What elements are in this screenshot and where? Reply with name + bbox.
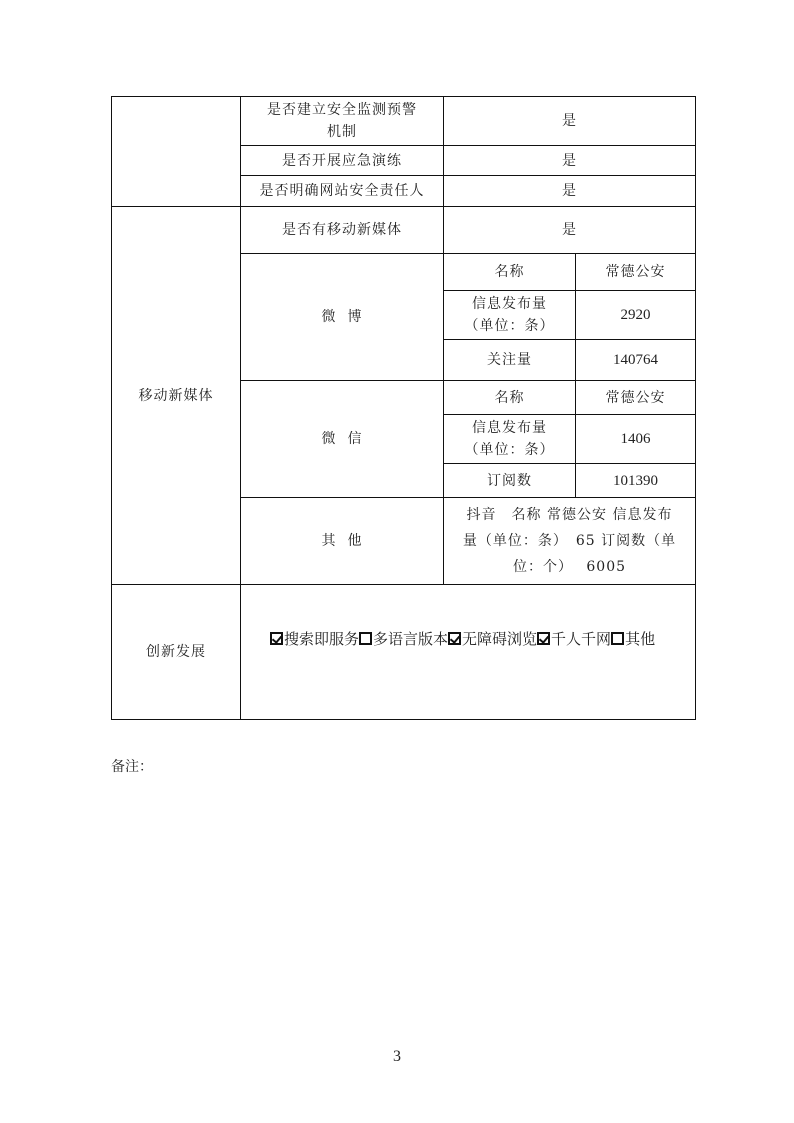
option-multilingual[interactable]: 多语言版本 xyxy=(359,628,448,649)
page-number: 3 xyxy=(0,1048,794,1066)
emergency-drill-label: 是否开展应急演练 xyxy=(241,146,443,175)
weibo-followers-value: 140764 xyxy=(576,340,695,380)
weibo-label: 微 博 xyxy=(241,254,443,380)
innovation-label: 创新发展 xyxy=(112,585,240,719)
checkbox-checked-icon[interactable] xyxy=(448,632,461,645)
wechat-subscribers-value: 101390 xyxy=(576,464,695,497)
weibo-posts-value: 2920 xyxy=(576,291,695,339)
wechat-posts-label: 信息发布量 （单位：条） xyxy=(444,415,575,463)
weibo-posts-label: 信息发布量 （单位：条） xyxy=(444,291,575,339)
checkbox-unchecked-icon[interactable] xyxy=(611,632,624,645)
security-officer-label: 是否明确网站安全责任人 xyxy=(241,176,443,206)
wechat-name-value: 常德公安 xyxy=(576,381,695,414)
table-border-right xyxy=(695,96,696,720)
security-monitor-value: 是 xyxy=(444,97,695,145)
weibo-name-value: 常德公安 xyxy=(576,254,695,290)
security-officer-value: 是 xyxy=(444,176,695,206)
other-media-label: 其 他 xyxy=(241,498,443,584)
option-personalized[interactable]: 千人千网 xyxy=(537,628,611,649)
wechat-label: 微 信 xyxy=(241,381,443,497)
remarks-label: 备注： xyxy=(111,756,153,776)
table-border-bottom xyxy=(111,719,696,720)
security-monitor-label: 是否建立安全监测预警 机制 xyxy=(241,97,443,145)
emergency-drill-value: 是 xyxy=(444,146,695,175)
option-search-service[interactable]: 搜索即服务 xyxy=(270,628,359,649)
other-media-detail: 抖音 名称 常德公安 信息发布 量（单位：条） 65 订阅数（单 位：个） 60… xyxy=(444,498,695,584)
innovation-options: 搜索即服务 多语言版本 无障碍浏览 千人千网 其他 xyxy=(270,628,655,649)
mobile-media-section-label: 移动新媒体 xyxy=(112,207,240,584)
has-mobile-label: 是否有移动新媒体 xyxy=(241,207,443,253)
wechat-name-label: 名称 xyxy=(444,381,575,414)
checkbox-checked-icon[interactable] xyxy=(537,632,550,645)
checkbox-checked-icon[interactable] xyxy=(270,632,283,645)
checkbox-unchecked-icon[interactable] xyxy=(359,632,372,645)
wechat-posts-value: 1406 xyxy=(576,415,695,463)
option-accessibility[interactable]: 无障碍浏览 xyxy=(448,628,537,649)
weibo-followers-label: 关注量 xyxy=(444,340,575,380)
has-mobile-value: 是 xyxy=(444,207,695,253)
weibo-name-label: 名称 xyxy=(444,254,575,290)
wechat-subscribers-label: 订阅数 xyxy=(444,464,575,497)
option-other[interactable]: 其他 xyxy=(611,628,655,649)
